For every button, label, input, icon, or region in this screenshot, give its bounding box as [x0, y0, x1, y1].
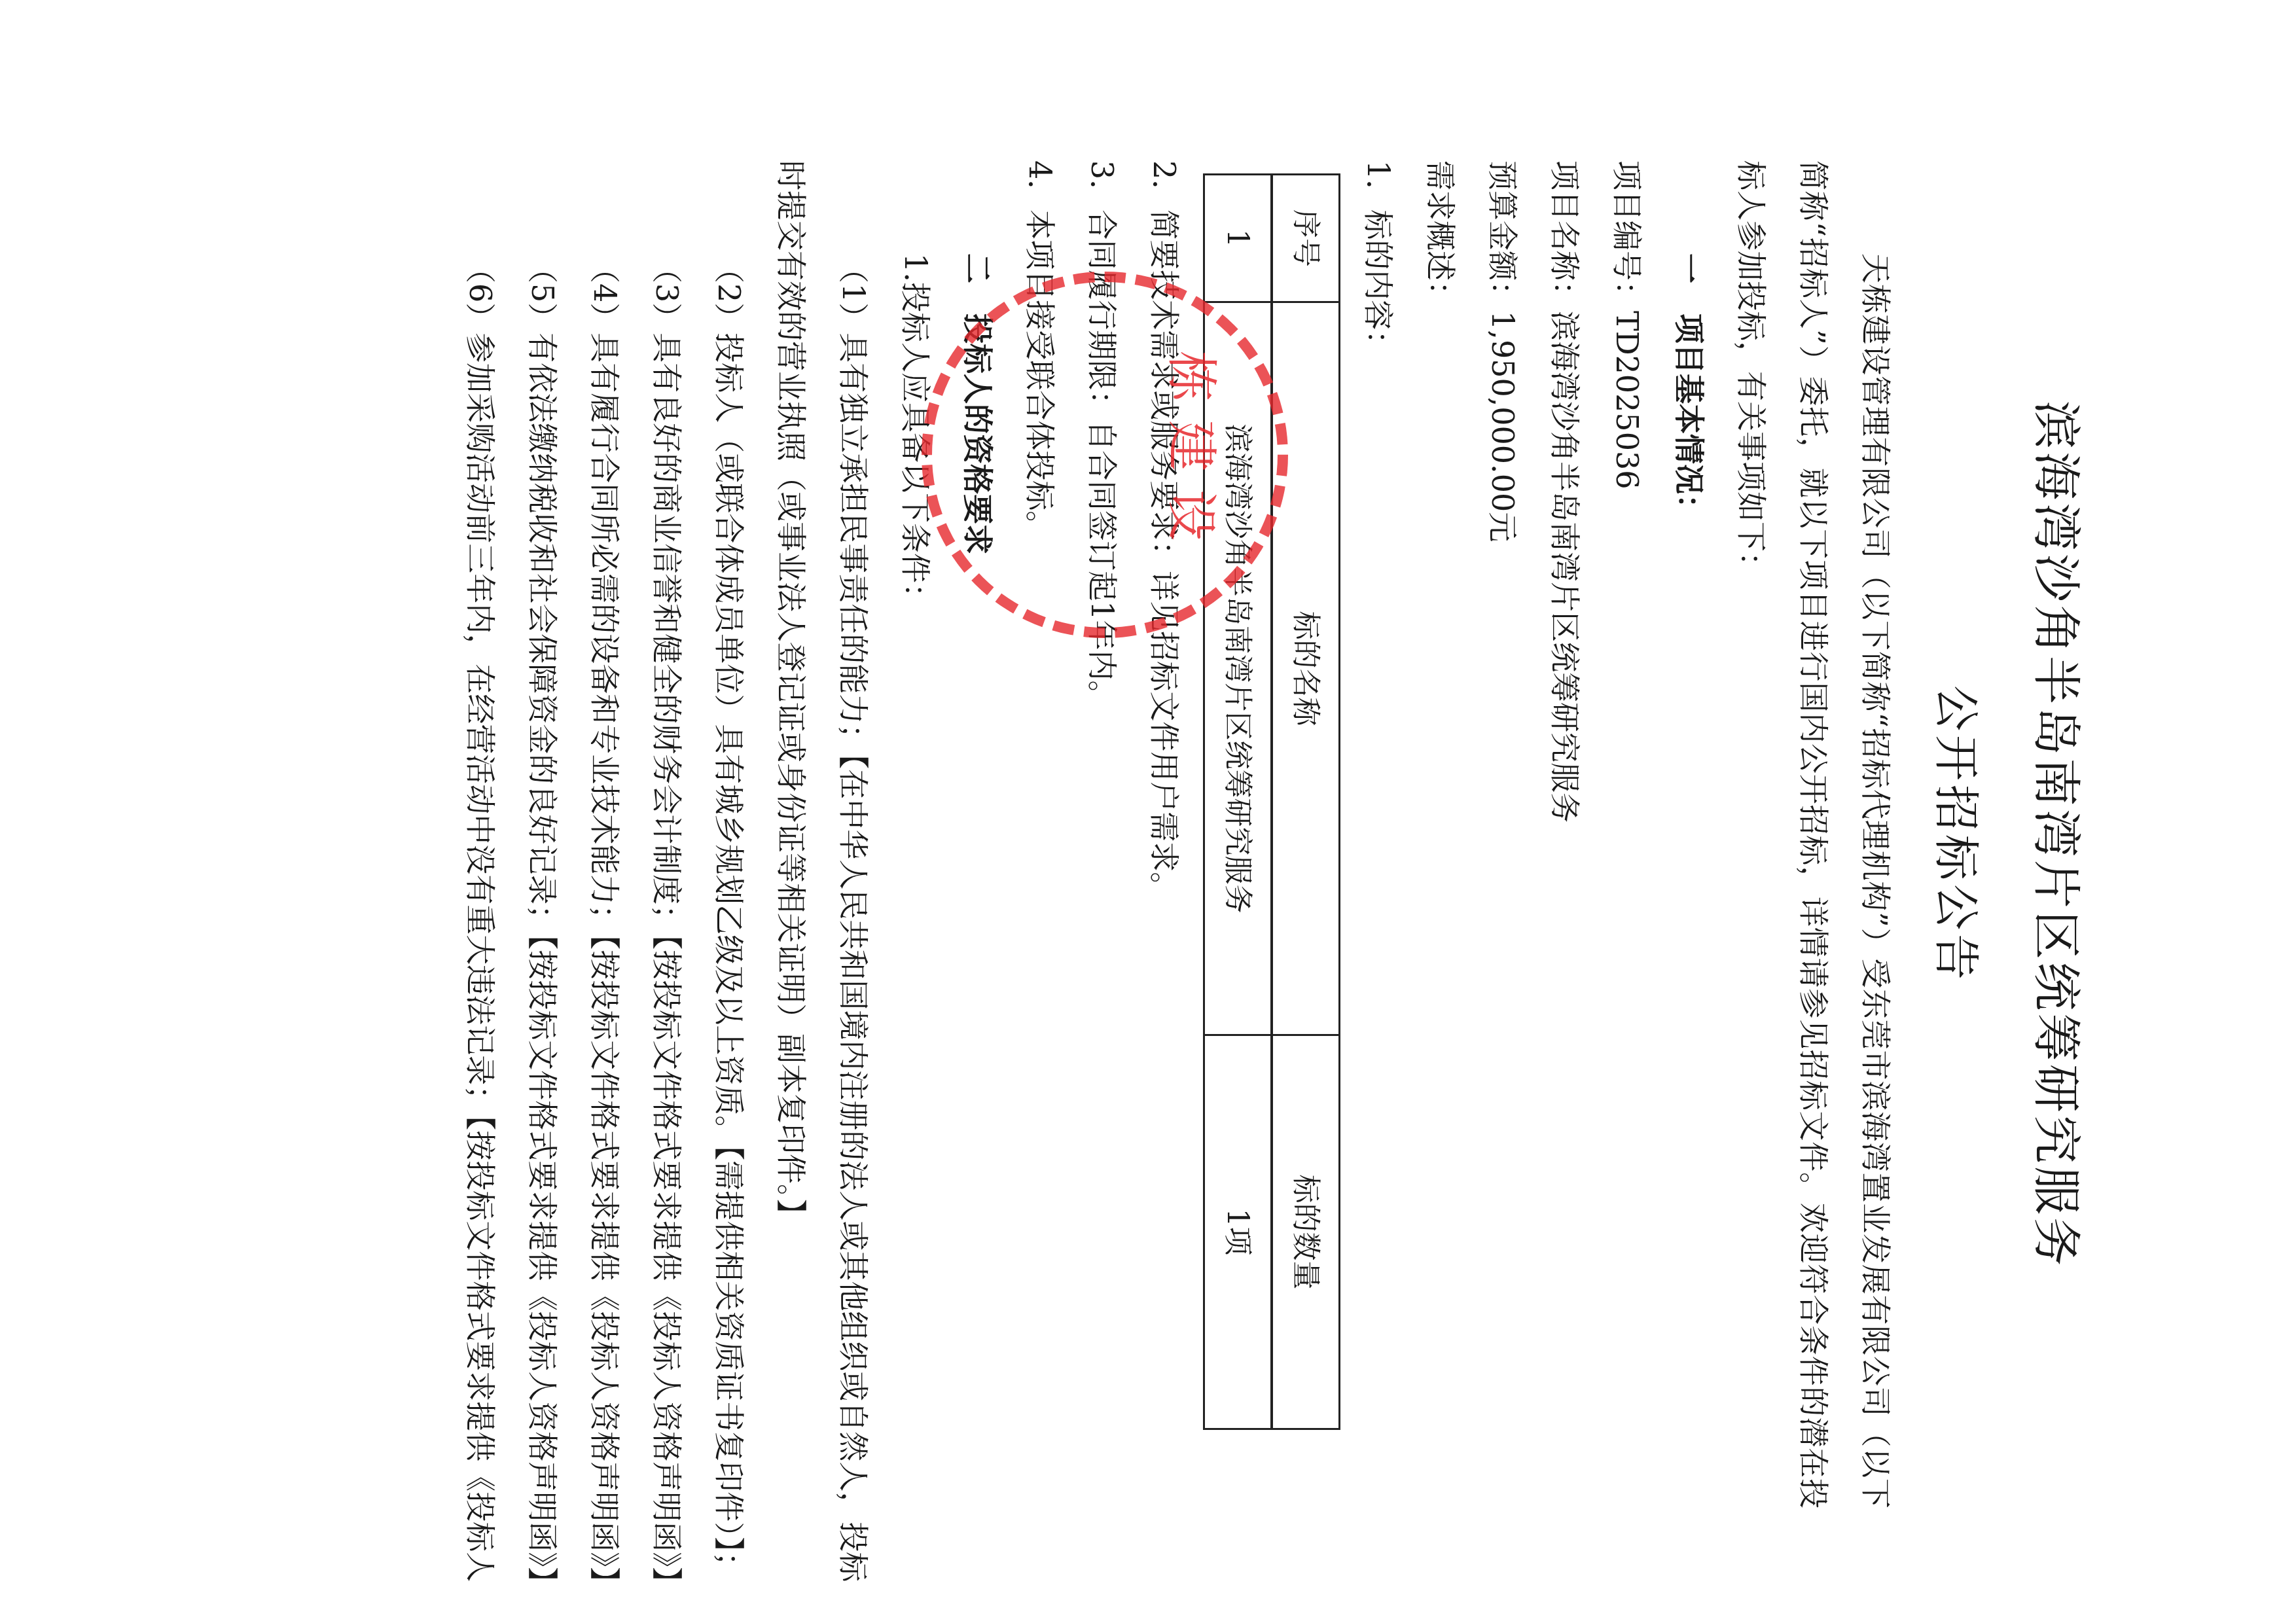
company-seal-stamp: 栋建设 — [922, 272, 1288, 638]
table-cell-qty: 1项 — [1204, 1035, 1272, 1429]
document-title: 滨海湾沙角半岛南湾片区统筹研究服务 — [2032, 160, 2080, 1508]
requirement-5: （5）有依法缴纳税收和社会保障资金的良好记录；【按投标文件格式要求提供《投标人资… — [511, 160, 573, 1508]
project-name-label: 项目名称： — [1547, 160, 1583, 311]
document-subtitle: 公开招标公告 — [1933, 160, 1979, 1508]
budget: 预算金额：1,950,000.00元 — [1471, 160, 1534, 1508]
project-number-value: TD2025036 — [1609, 311, 1645, 489]
project-number-label: 项目编号： — [1609, 160, 1645, 311]
requirement-1-line1: （1）具有独立承担民事责任的能力；【在中华人民共和国境内注册的法人或其他组织或自… — [822, 160, 884, 1508]
section2-sub1: 1.投标人应具备以下条件： — [884, 160, 946, 1508]
requirement-6: （6）参加采购活动前三年内，在经营活动中没有重大违法记录；【按投标文件格式要求提… — [449, 160, 511, 1508]
requirement-1-line2: 时提交有效的营业执照（或事业法人登记证或身份证等相关证明）副本复印件。】 — [760, 160, 822, 1508]
intro-paragraph: 天栋建设管理有限公司（以下简称“招标代理机构”）受东莞市滨海湾置业发展有限公司（… — [1720, 160, 1907, 1508]
section1-heading: 一 项目基本情况： — [1658, 160, 1720, 1508]
project-name-value: 滨海湾沙角半岛南湾片区统筹研究服务 — [1547, 311, 1583, 823]
document-page: 滨海湾沙角半岛南湾片区统筹研究服务 公开招标公告 天栋建设管理有限公司（以下简称… — [0, 0, 2296, 1623]
table-header-row: 序号 标的名称 标的数量 — [1272, 175, 1340, 1429]
budget-value: 1,950,000.00元 — [1485, 311, 1520, 542]
requirement-4: （4）具有履行合同所必需的设备和专业技术能力；【按投标文件格式要求提供《投标人资… — [573, 160, 636, 1508]
table-cell-seq: 1 — [1204, 175, 1272, 302]
project-number: 项目编号：TD2025036 — [1596, 160, 1658, 1508]
demand-overview-label: 需求概述： — [1409, 160, 1471, 1508]
item-1-subject: 1．标的内容： — [1347, 160, 1409, 1508]
budget-label: 预算金额： — [1485, 160, 1520, 311]
table-header-seq: 序号 — [1272, 175, 1340, 302]
table-header-qty: 标的数量 — [1272, 1035, 1340, 1429]
requirement-3: （3）具有良好的商业信誉和健全的财务会计制度；【按投标文件格式要求提供《投标人资… — [636, 160, 698, 1508]
stamp-text: 栋建设 — [1158, 351, 1232, 559]
project-name: 项目名称：滨海湾沙角半岛南湾片区统筹研究服务 — [1534, 160, 1596, 1508]
requirement-2: （2）投标人（或联合体成员单位）具有城乡规划乙级及以上资质。【需提供相关资质证书… — [698, 160, 760, 1508]
